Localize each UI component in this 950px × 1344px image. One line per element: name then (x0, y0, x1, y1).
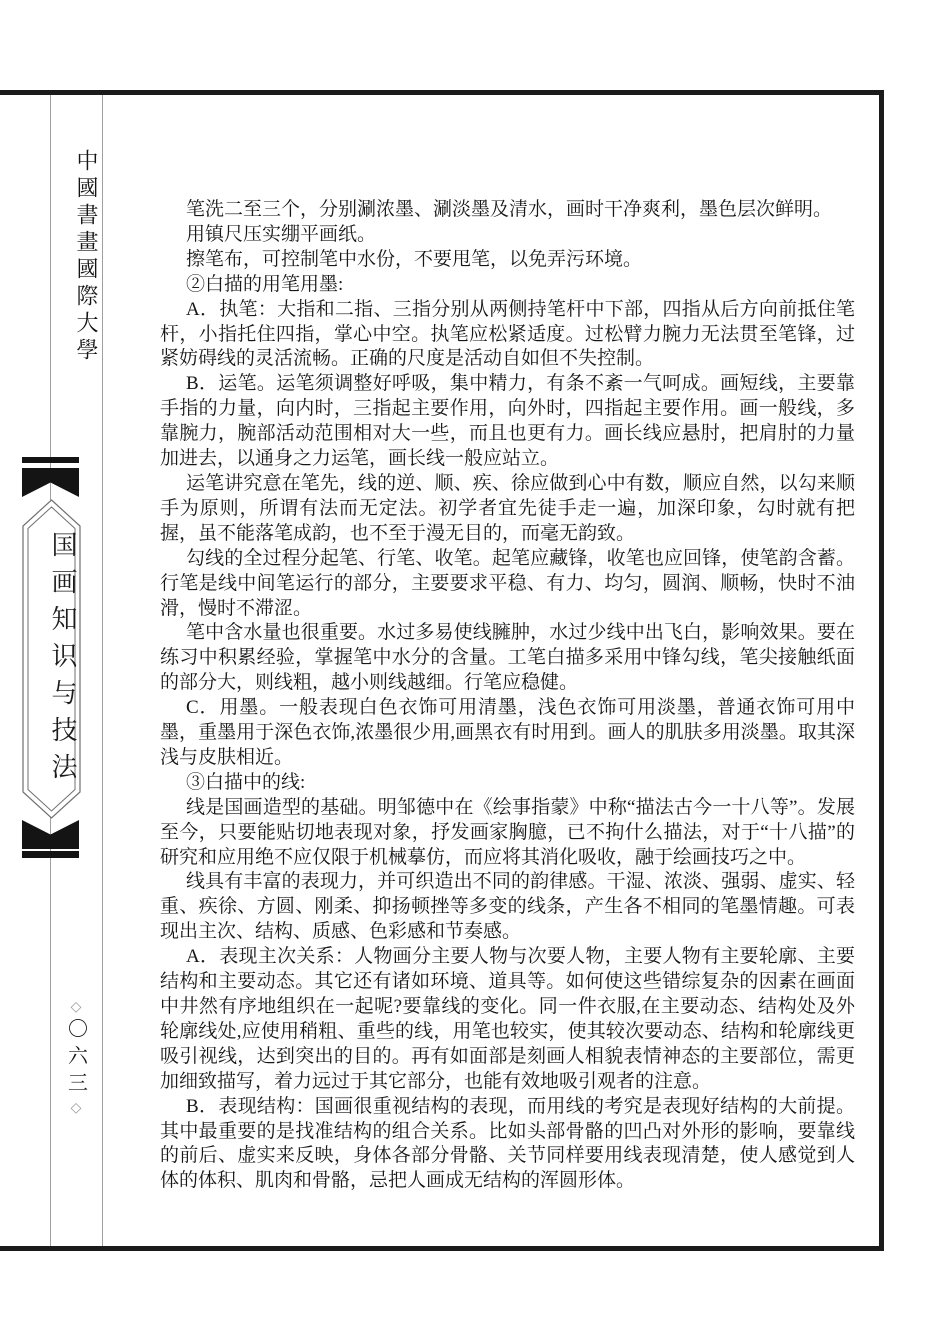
banner-top-bar-decoration (22, 457, 79, 463)
book-title-vertical: 国画知识与技法 (22, 527, 81, 793)
banner-bottom-bar-decoration (22, 851, 79, 858)
paragraph: ②白描的用笔用墨: (160, 273, 855, 298)
frame-bottom-rule (0, 1246, 884, 1251)
paragraph: 线是国画造型的基础。明邹德中在《绘事指蒙》中称“描法古今一十八等”。发展至今，只… (160, 796, 855, 871)
paragraph: ③白描中的线: (160, 771, 855, 796)
paragraph: 勾线的全过程分起笔、行笔、收笔。起笔应藏锋，收笔也应回锋，使笔韵含蓄。行笔是线中… (160, 547, 855, 622)
body-text: 笔洗二至三个，分别涮浓墨、涮淡墨及清水，画时干净爽利，墨色层次鲜明。用镇尺压实绷… (160, 198, 855, 1194)
paragraph: 笔洗二至三个，分别涮浓墨、涮淡墨及清水，画时干净爽利，墨色层次鲜明。 (160, 198, 855, 223)
paragraph: 擦笔布，可控制笔中水份，不要甩笔，以免弄污环境。 (160, 248, 855, 273)
page-number-block: ◇ 〇六三 ◇ (50, 1001, 102, 1116)
paragraph: B．表现结构：国画很重视结构的表现，而用线的考究是表现好结构的大前提。其中最重要… (160, 1095, 855, 1195)
paragraph: 用镇尺压实绷平画纸。 (160, 223, 855, 248)
paragraph: A．执笔：大指和二指、三指分别从两侧持笔杆中下部，四指从后方向前抵住笔杆，小指托… (160, 298, 855, 373)
page-number: 〇六三 (62, 1018, 91, 1099)
paragraph: C．用墨。一般表现白色衣饰可用清墨，浅色衣饰可用淡墨，普通衣饰可用中墨，重墨用于… (160, 696, 855, 771)
diamond-ornament-icon: ◇ (71, 1102, 82, 1116)
paragraph: B．运笔。运笔须调整好呼吸，集中精力，有条不紊一气呵成。画短线，主要靠手指的力量… (160, 372, 855, 472)
university-name-vertical: 中國書畫國際大學 (50, 149, 102, 365)
frame-right-rule (879, 90, 884, 1251)
frame-top-rule (0, 90, 884, 95)
paragraph: 运笔讲究意在笔先，线的逆、顺、疾、徐应做到心中有数，顺应自然，以勾来顺手为原则，… (160, 472, 855, 547)
sidebar-divider-right (102, 95, 103, 1246)
paragraph: A．表现主次关系：人物画分主要人物与次要人物，主要人物有主要轮廓、主要结构和主要… (160, 945, 855, 1094)
paragraph: 笔中含水量也很重要。水过多易使线臃肿，水过少线中出飞白，影响效果。要在练习中积累… (160, 621, 855, 696)
diamond-ornament-icon: ◇ (71, 1001, 82, 1015)
book-page: 中國書畫國際大學 国画知识与技法 ◇ 〇六三 ◇ 笔洗二至三个，分别涮浓墨、涮淡… (0, 0, 950, 1344)
paragraph: 线具有丰富的表现力，并可织造出不同的韵律感。干湿、浓淡、强弱、虚实、轻重、疾徐、… (160, 870, 855, 945)
